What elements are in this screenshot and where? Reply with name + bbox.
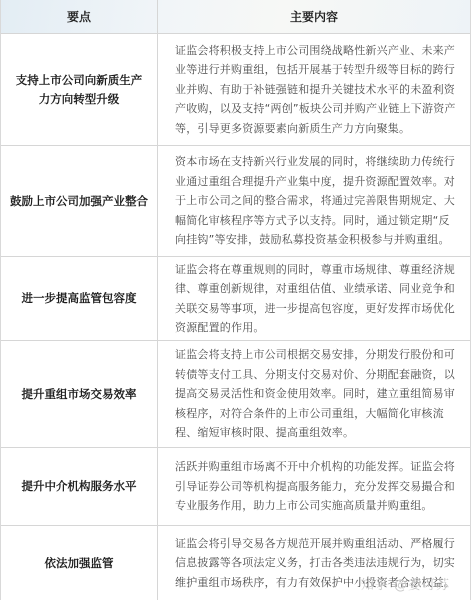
row-key: 提升重组市场交易效率: [22, 385, 137, 404]
row-content: 活跃并购重组市场离不开中介机构的功能发挥。证监会将引导证券公司等机构提高服务能力…: [175, 457, 460, 516]
table-header-row: 要点 主要内容: [1, 0, 470, 34]
row-key-cell: 支持上市公司向新质生产力方向转型升级: [1, 34, 158, 145]
row-key-cell: 进一步提高监管包容度: [1, 257, 158, 340]
table-row: 进一步提高监管包容度 证监会将在尊重规则的同时，尊重市场规律、尊重经济规律、尊重…: [1, 257, 470, 341]
watermark: 知乎 @委可苏: [361, 574, 450, 593]
row-key: 进一步提高监管包容度: [22, 289, 137, 308]
row-key-cell: 鼓励上市公司加强产业整合: [1, 146, 158, 256]
row-key-cell: 提升中介机构服务水平: [1, 448, 158, 525]
header-key: 要点: [1, 0, 158, 33]
row-key-cell: 依法加强监管: [1, 526, 158, 600]
row-key: 鼓励上市公司加强产业整合: [10, 192, 148, 211]
table-row: 提升中介机构服务水平 活跃并购重组市场离不开中介机构的功能发挥。证监会将引导证券…: [1, 448, 470, 526]
row-content: 证监会将积极支持上市公司围绕战略性新兴产业、未来产业等进行并购重组，包括开展基于…: [175, 41, 460, 139]
header-content: 主要内容: [158, 0, 470, 33]
row-content-cell: 证监会将支持上市公司根据交易安排，分期发行股份和可转债等支付工具、分期支付交易对…: [158, 341, 470, 447]
row-content: 证监会将在尊重规则的同时，尊重市场规律、尊重经济规律、尊重创新规律，对重组估值、…: [175, 260, 460, 338]
row-content-cell: 活跃并购重组市场离不开中介机构的功能发挥。证监会将引导证券公司等机构提高服务能力…: [158, 448, 470, 525]
table-row: 提升重组市场交易效率 证监会将支持上市公司根据交易安排，分期发行股份和可转债等支…: [1, 341, 470, 448]
row-content-cell: 证监会将积极支持上市公司围绕战略性新兴产业、未来产业等进行并购重组，包括开展基于…: [158, 34, 470, 145]
table-row: 支持上市公司向新质生产力方向转型升级 证监会将积极支持上市公司围绕战略性新兴产业…: [1, 34, 470, 146]
row-content: 资本市场在支持新兴行业发展的同时，将继续助力传统行业通过重组合理提升产业集中度，…: [175, 152, 460, 250]
row-key: 支持上市公司向新质生产力方向转型升级: [9, 71, 149, 109]
table-row: 鼓励上市公司加强产业整合 资本市场在支持新兴行业发展的同时，将继续助力传统行业通…: [1, 146, 470, 257]
row-key: 依法加强监管: [45, 554, 114, 573]
policy-table: 要点 主要内容 支持上市公司向新质生产力方向转型升级 证监会将积极支持上市公司围…: [0, 0, 471, 600]
row-key-cell: 提升重组市场交易效率: [1, 341, 158, 447]
row-key: 提升中介机构服务水平: [22, 477, 137, 496]
row-content-cell: 证监会将在尊重规则的同时，尊重市场规律、尊重经济规律、尊重创新规律，对重组估值、…: [158, 257, 470, 340]
row-content: 证监会将支持上市公司根据交易安排，分期发行股份和可转债等支付工具、分期支付交易对…: [175, 345, 460, 443]
row-content-cell: 资本市场在支持新兴行业发展的同时，将继续助力传统行业通过重组合理提升产业集中度，…: [158, 146, 470, 256]
